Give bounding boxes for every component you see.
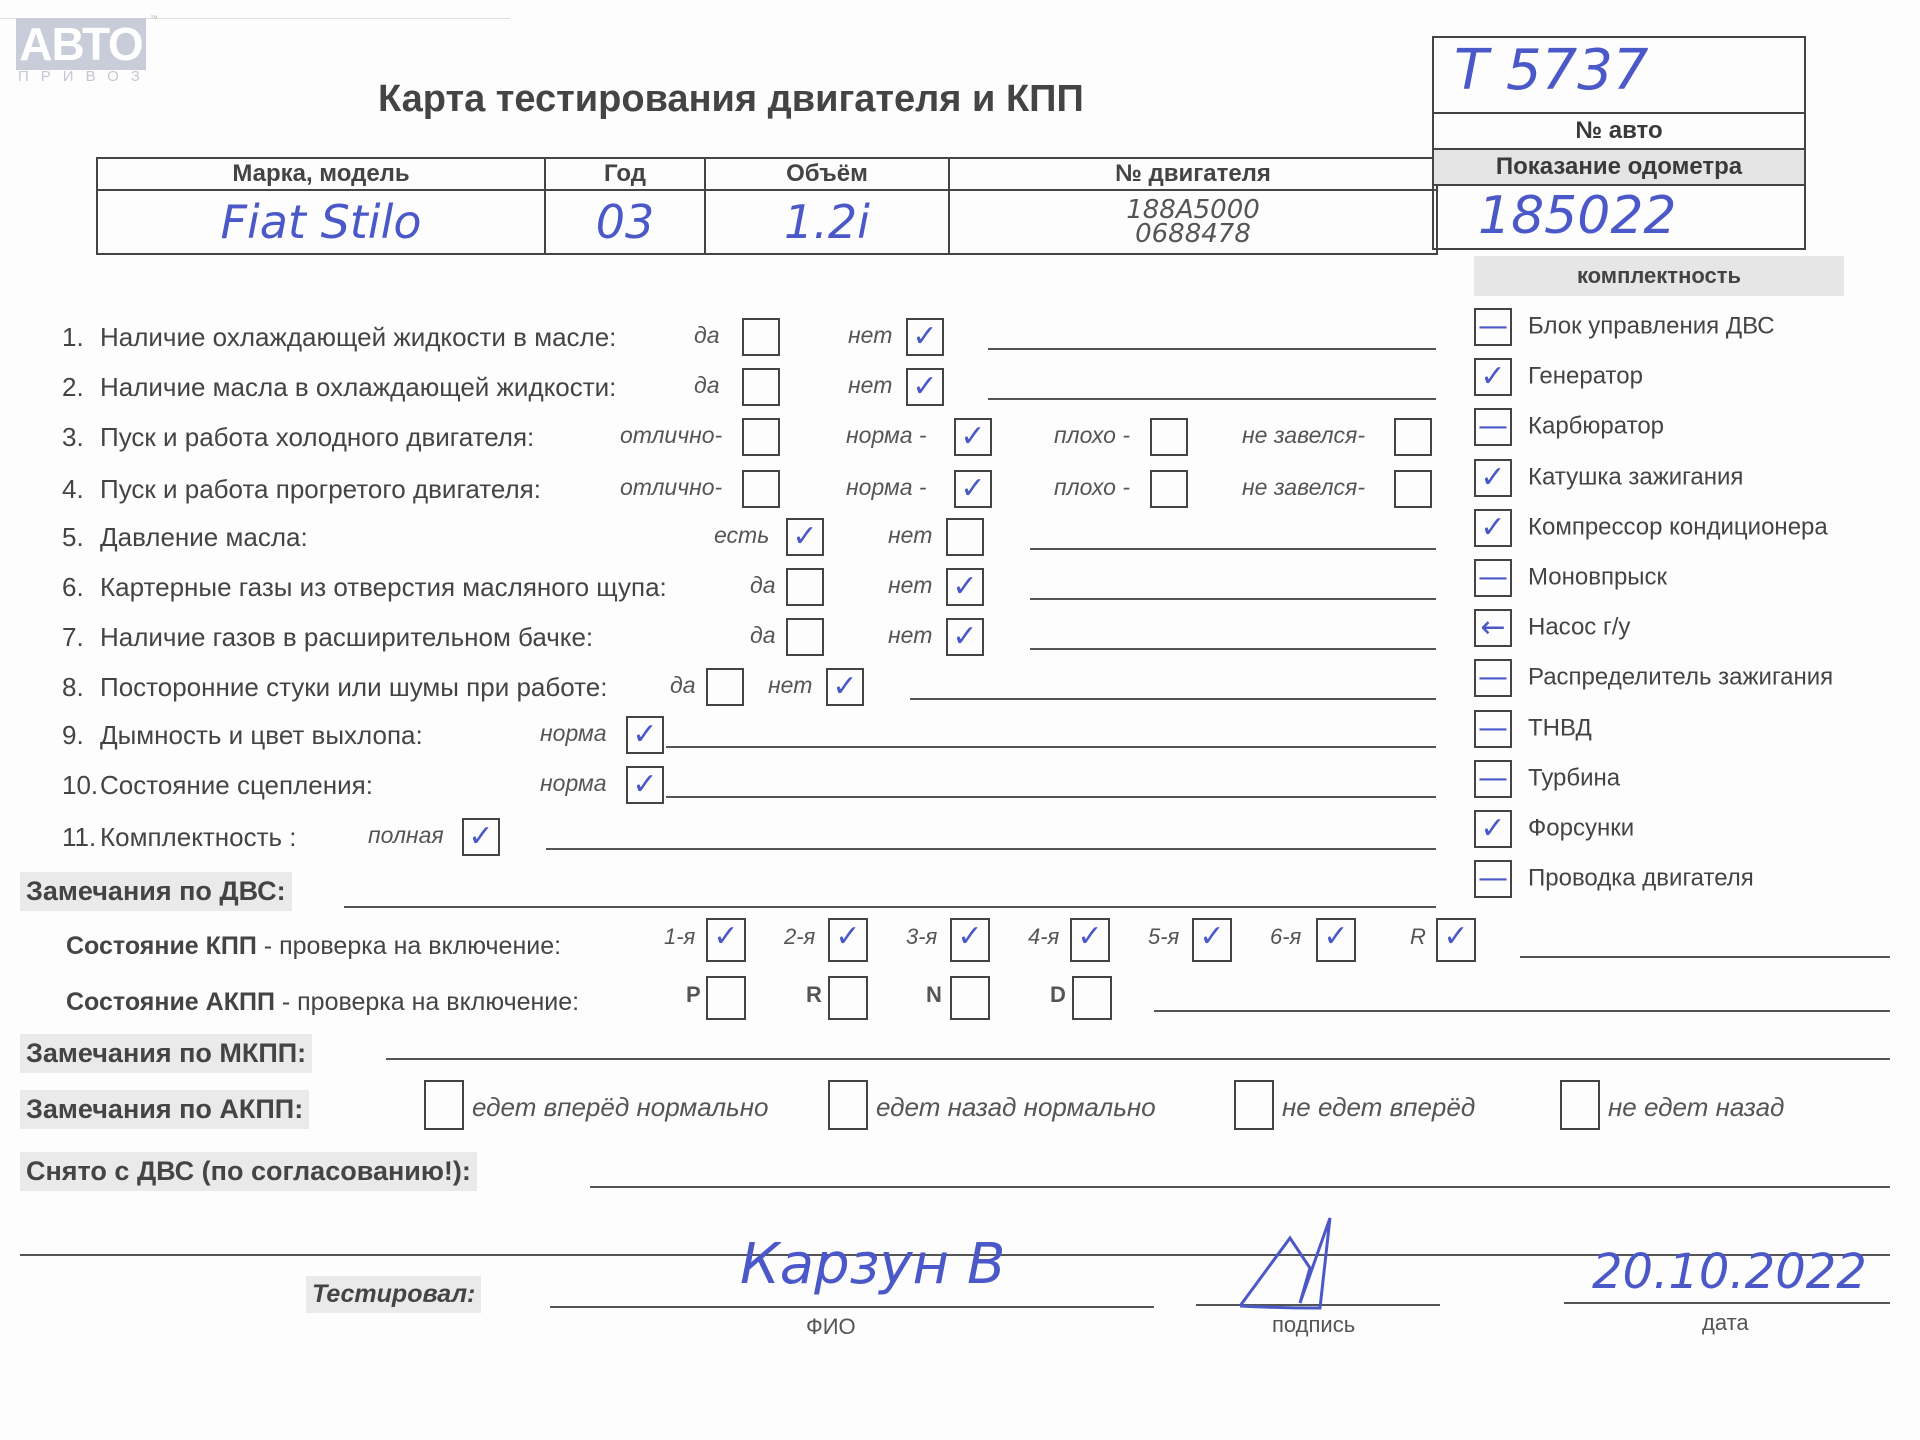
check-row: 2.Наличие масла в охлаждающей жидкости: (62, 372, 616, 403)
completeness-label: ТНВД (1528, 714, 1592, 741)
row-number: 4. (62, 474, 100, 505)
row-number: 1. (62, 322, 100, 353)
fio-caption: ФИО (806, 1314, 856, 1340)
completeness-label: Насос г/у (1528, 614, 1630, 641)
remarks-line[interactable] (1030, 648, 1436, 650)
completeness-item[interactable]: —Карбюратор (1474, 408, 1664, 446)
option-checkbox[interactable]: ✓ (946, 568, 984, 606)
row-number: 9. (62, 720, 100, 751)
option-checkbox[interactable]: ✓ (954, 418, 992, 456)
akpp-remark-checkbox[interactable] (828, 1080, 868, 1130)
option-label: плохо - (1054, 422, 1130, 449)
check-row: 8.Посторонние стуки или шумы при работе: (62, 672, 607, 703)
completeness-item[interactable]: ←Насос г/у (1474, 609, 1630, 647)
row-number: 11. (62, 822, 100, 853)
completeness-item[interactable]: —Распределитель зажигания (1474, 659, 1833, 697)
gear-checkbox[interactable]: ✓ (1436, 918, 1476, 962)
option-label: нет (848, 372, 892, 399)
completeness-item[interactable]: —ТНВД (1474, 710, 1592, 748)
date-handwritten: 20.10.2022 (1592, 1244, 1867, 1300)
option-checkbox[interactable]: ✓ (946, 618, 984, 656)
tested-label: Тестировал: (306, 1276, 481, 1313)
checkbox[interactable]: — (1474, 308, 1512, 346)
signature-scribble (1230, 1208, 1370, 1318)
check-row: 6.Картерные газы из отверстия масляного … (62, 572, 667, 603)
option-checkbox[interactable] (742, 470, 780, 508)
option-label: да (694, 372, 720, 399)
option-label: норма - (846, 422, 927, 449)
gear-label: R (1410, 924, 1426, 950)
gear-label: R (806, 982, 822, 1008)
volume-field[interactable]: 1.2i (705, 190, 949, 254)
option-label: да (750, 622, 776, 649)
page-title: Карта тестирования двигателя и КПП (378, 78, 1084, 121)
gear-checkbox[interactable]: ✓ (1192, 918, 1232, 962)
completeness-label: Компрессор кондиционера (1528, 513, 1828, 540)
option-label: нет (888, 622, 932, 649)
remarks-akpp-label: Замечания по АКПП: (20, 1090, 309, 1129)
option-label: да (750, 572, 776, 599)
option-label: да (670, 672, 696, 699)
option-checkbox[interactable] (786, 568, 824, 606)
auto-box: T 5737 № авто Показание одометра 185022 (1432, 36, 1806, 250)
vehicle-info-table: Марка, модель Год Объём № двигателя Fiat… (96, 157, 1438, 255)
gear-label: 5-я (1148, 924, 1179, 950)
option-label: нет (888, 522, 932, 549)
row-label: Состояние сцепления: (100, 770, 373, 800)
option-label: плохо - (1054, 474, 1130, 501)
completeness-label: Моновпрыск (1528, 563, 1667, 590)
option-checkbox[interactable]: ✓ (906, 318, 944, 356)
completeness-label: Турбина (1528, 764, 1620, 791)
option-label: полная (368, 822, 444, 849)
remarks-line[interactable] (546, 848, 1436, 850)
option-label: отлично- (620, 422, 722, 449)
date-caption: дата (1702, 1310, 1749, 1336)
option-checkbox[interactable]: ✓ (626, 766, 664, 804)
gear-checkbox[interactable]: ✓ (1070, 918, 1110, 962)
date-line[interactable] (1564, 1302, 1890, 1304)
checkbox[interactable]: — (1474, 710, 1512, 748)
option-label: не завелся- (1242, 474, 1365, 501)
logo-subtitle: ПРИВОЗ (18, 68, 152, 85)
col-year: Год (545, 158, 705, 190)
option-checkbox[interactable]: ✓ (906, 368, 944, 406)
auto-no-label: № авто (1434, 114, 1804, 150)
completeness-label: Проводка двигателя (1528, 865, 1754, 892)
checkbox[interactable]: ✓ (1474, 358, 1512, 396)
gear-checkbox[interactable] (706, 976, 746, 1020)
option-checkbox[interactable] (1394, 418, 1432, 456)
option-checkbox[interactable] (946, 518, 984, 556)
remarks-line[interactable] (988, 348, 1436, 350)
gear-checkbox[interactable]: ✓ (950, 918, 990, 962)
col-engine-no: № двигателя (949, 158, 1437, 190)
akpp-remark-checkbox[interactable] (1560, 1080, 1600, 1130)
row-label: Комплектность : (100, 822, 297, 852)
completeness-label: Блок управления ДВС (1528, 312, 1775, 339)
checkbox[interactable]: — (1474, 659, 1512, 697)
checkbox[interactable]: — (1474, 860, 1512, 898)
removed-label: Снято с ДВС (по согласованию!): (20, 1152, 477, 1191)
remarks-dvs-label: Замечания по ДВС: (20, 872, 292, 911)
option-label: норма (540, 770, 607, 797)
logo-tm: ™ (150, 14, 158, 23)
row-label: Давление масла: (100, 522, 308, 552)
option-label: нет (848, 322, 892, 349)
gear-checkbox[interactable]: ✓ (706, 918, 746, 962)
akpp-remark-label: не едет вперёд (1282, 1092, 1475, 1123)
option-checkbox[interactable] (742, 318, 780, 356)
engine-no-field[interactable]: 188A5000 0688478 (949, 190, 1437, 254)
row-label: Посторонние стуки или шумы при работе: (100, 672, 607, 702)
gear-label: 6-я (1270, 924, 1301, 950)
year-field[interactable]: 03 (545, 190, 705, 254)
option-label: не завелся- (1242, 422, 1365, 449)
row-number: 6. (62, 572, 100, 603)
akpp-remark-checkbox[interactable] (1234, 1080, 1274, 1130)
row-label: Дымность и цвет выхлопа: (100, 720, 423, 750)
remarks-mkpp-line[interactable] (386, 1058, 1890, 1060)
checkbox[interactable]: ✓ (1474, 509, 1512, 547)
check-row: 5.Давление масла: (62, 522, 308, 553)
remarks-line[interactable] (1030, 598, 1436, 600)
option-checkbox[interactable]: ✓ (626, 716, 664, 754)
odometer-field[interactable]: 185022 (1434, 186, 1804, 248)
option-label: нет (768, 672, 812, 699)
check-row: 4.Пуск и работа прогретого двигателя: (62, 474, 541, 505)
completeness-heading: комплектность (1474, 256, 1844, 296)
row-label: Пуск и работа прогретого двигателя: (100, 474, 541, 504)
option-checkbox[interactable] (1150, 418, 1188, 456)
gear-label: D (1050, 982, 1066, 1008)
row-number: 3. (62, 422, 100, 453)
model-field[interactable]: Fiat Stilo (97, 190, 545, 254)
completeness-label: Катушка зажигания (1528, 463, 1743, 490)
row-label: Пуск и работа холодного двигателя: (100, 422, 534, 452)
remarks-line[interactable] (988, 398, 1436, 400)
col-volume: Объём (705, 158, 949, 190)
gear-label: 3-я (906, 924, 937, 950)
remarks-line[interactable] (1030, 548, 1436, 550)
remarks-dvs-line[interactable] (344, 906, 1436, 908)
gear-label: 2-я (784, 924, 815, 950)
option-checkbox[interactable] (742, 418, 780, 456)
completeness-item[interactable]: ✓Форсунки (1474, 810, 1634, 848)
auto-no-field[interactable]: T 5737 (1434, 38, 1804, 114)
gear-checkbox[interactable]: ✓ (828, 918, 868, 962)
remarks-line[interactable] (910, 698, 1436, 700)
checkbox[interactable]: — (1474, 408, 1512, 446)
row-label: Наличие масла в охлаждающей жидкости: (100, 372, 616, 402)
odometer-label: Показание одометра (1434, 150, 1804, 186)
akpp-remark-checkbox[interactable] (424, 1080, 464, 1130)
checkbox[interactable]: ✓ (1474, 810, 1512, 848)
option-checkbox[interactable] (1394, 470, 1432, 508)
gear-checkbox[interactable]: ✓ (1316, 918, 1356, 962)
completeness-label: Форсунки (1528, 814, 1634, 841)
option-label: отлично- (620, 474, 722, 501)
completeness-item[interactable]: —Проводка двигателя (1474, 860, 1754, 898)
option-checkbox[interactable] (742, 368, 780, 406)
row-number: 2. (62, 372, 100, 403)
option-checkbox[interactable]: ✓ (954, 470, 992, 508)
row-number: 8. (62, 672, 100, 703)
logo: АВТО (16, 18, 146, 70)
akpp-label: Состояние АКПП - проверка на включение: (66, 988, 579, 1017)
fio-handwritten: Карзун В (740, 1232, 1005, 1297)
completeness-item[interactable]: —Турбина (1474, 760, 1620, 798)
checkbox[interactable]: ← (1474, 609, 1512, 647)
col-model: Марка, модель (97, 158, 545, 190)
completeness-item[interactable]: ✓Катушка зажигания (1474, 459, 1743, 497)
check-row: 7.Наличие газов в расширительном бачке: (62, 622, 593, 653)
gear-checkbox[interactable] (828, 976, 868, 1020)
gear-checkbox[interactable] (950, 976, 990, 1020)
row-number: 7. (62, 622, 100, 653)
check-row: 1.Наличие охлаждающей жидкости в масле: (62, 322, 616, 353)
check-row: 10.Состояние сцепления: (62, 770, 373, 801)
remarks-mkpp-label: Замечания по МКПП: (20, 1034, 312, 1073)
option-checkbox[interactable]: ✓ (826, 668, 864, 706)
gear-checkbox[interactable] (1072, 976, 1112, 1020)
option-checkbox[interactable] (786, 618, 824, 656)
row-label: Наличие охлаждающей жидкости в масле: (100, 322, 616, 352)
gear-label: N (926, 982, 942, 1008)
check-row: 3.Пуск и работа холодного двигателя: (62, 422, 534, 453)
completeness-label: Генератор (1528, 363, 1643, 390)
option-checkbox[interactable]: ✓ (462, 818, 500, 856)
option-label: да (694, 322, 720, 349)
row-label: Картерные газы из отверстия масляного щу… (100, 572, 667, 602)
option-checkbox[interactable]: ✓ (786, 518, 824, 556)
completeness-item[interactable]: ✓Компрессор кондиционера (1474, 509, 1828, 547)
kpp-label: Состояние КПП - проверка на включение: (66, 932, 561, 961)
akpp-remark-label: едет назад нормально (876, 1092, 1156, 1123)
remarks-line[interactable] (666, 746, 1436, 748)
akpp-remark-label: едет вперёд нормально (472, 1092, 768, 1123)
completeness-item[interactable]: —Блок управления ДВС (1474, 308, 1775, 346)
gear-label: 4-я (1028, 924, 1059, 950)
checkbox[interactable]: — (1474, 559, 1512, 597)
option-label: норма (540, 720, 607, 747)
akpp-remarks-line[interactable] (1154, 1010, 1890, 1012)
akpp-remark-label: не едет назад (1608, 1092, 1784, 1123)
gear-label: 1-я (664, 924, 695, 950)
remarks-line[interactable] (666, 796, 1436, 798)
gear-label: P (686, 982, 701, 1008)
row-number: 5. (62, 522, 100, 553)
checkbox[interactable]: — (1474, 760, 1512, 798)
row-number: 10. (62, 770, 100, 801)
completeness-label: Распределитель зажигания (1528, 664, 1833, 691)
option-checkbox[interactable] (706, 668, 744, 706)
checkbox[interactable]: ✓ (1474, 459, 1512, 497)
option-label: есть (714, 522, 769, 549)
kpp-remarks-line[interactable] (1520, 956, 1890, 958)
option-label: норма - (846, 474, 927, 501)
option-label: нет (888, 572, 932, 599)
completeness-item[interactable]: —Моновпрыск (1474, 559, 1667, 597)
check-row: 9.Дымность и цвет выхлопа: (62, 720, 423, 751)
row-label: Наличие газов в расширительном бачке: (100, 622, 593, 652)
option-checkbox[interactable] (1150, 470, 1188, 508)
completeness-item[interactable]: ✓Генератор (1474, 358, 1643, 396)
check-row: 11.Комплектность : (62, 822, 297, 853)
completeness-label: Карбюратор (1528, 413, 1664, 440)
removed-line[interactable] (590, 1186, 1890, 1188)
fio-line[interactable] (550, 1306, 1154, 1308)
